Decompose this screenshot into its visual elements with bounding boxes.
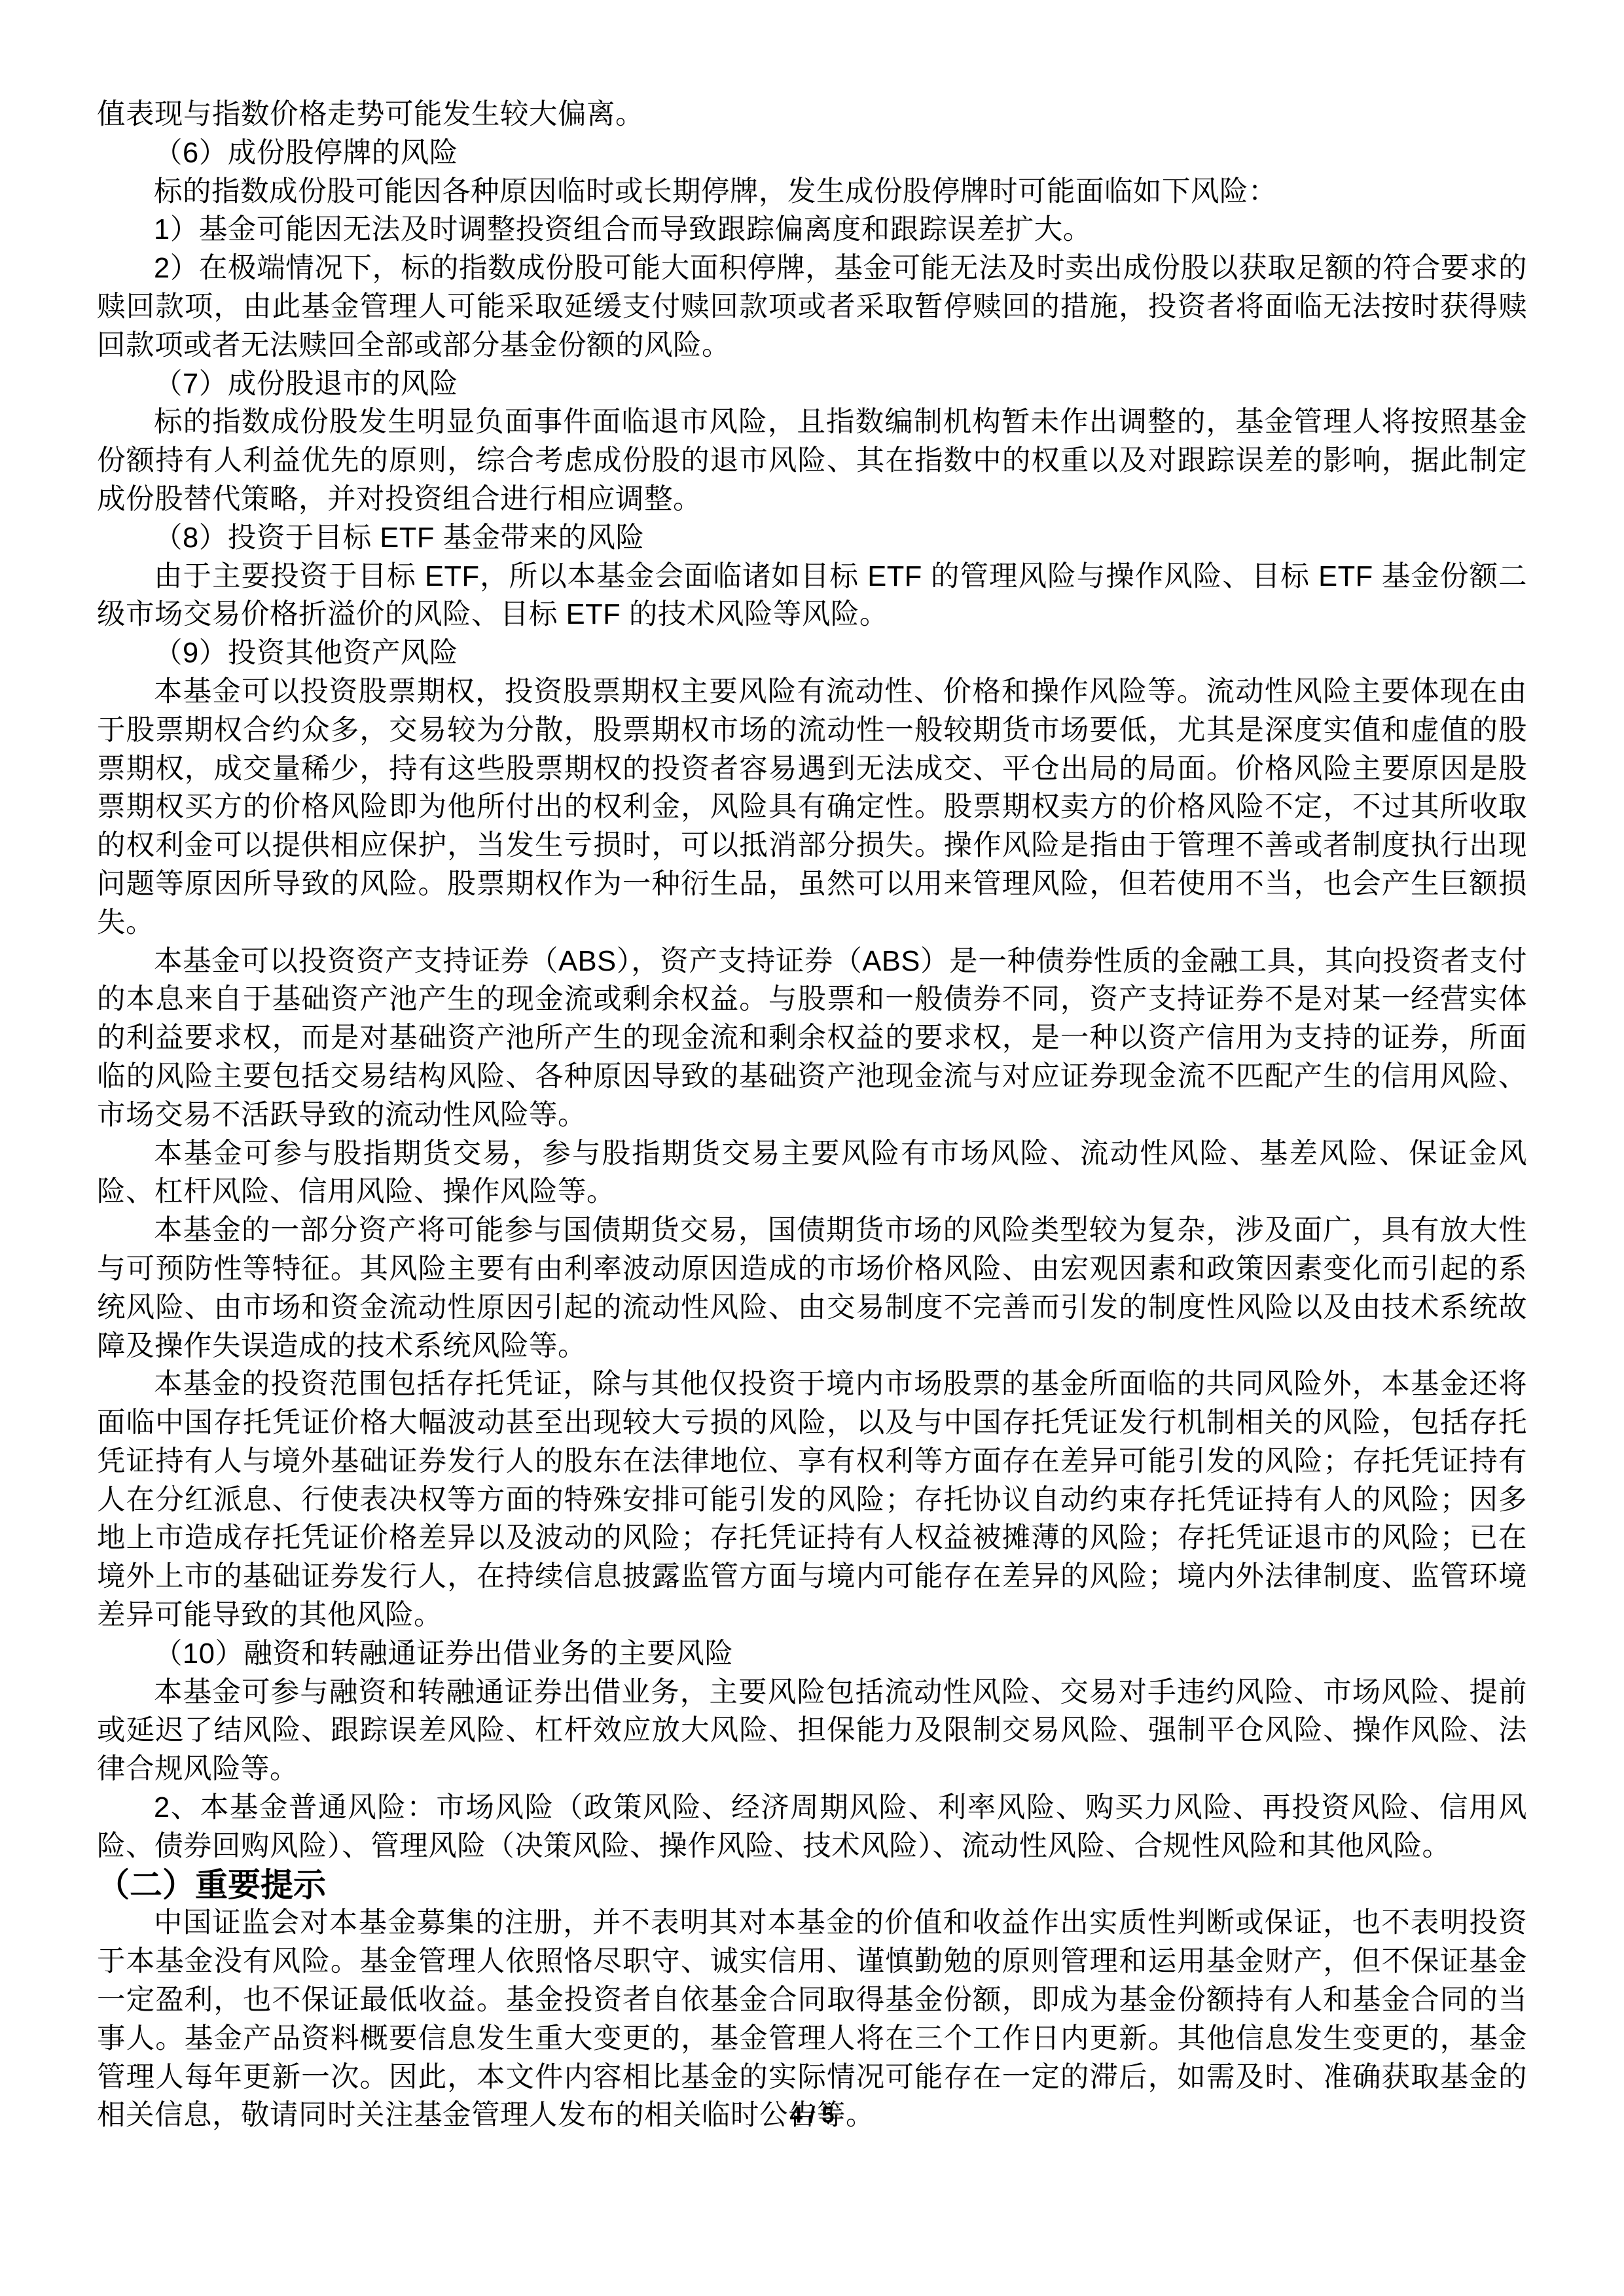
paragraph: （7）成份股退市的风险 (97, 365, 1527, 404)
paragraph: 本基金的一部分资产将可能参与国债期货交易，国债期货市场的风险类型较为复杂，涉及面… (97, 1211, 1527, 1365)
paragraph: 本基金可以投资资产支持证券（ABS），资产支持证券（ABS）是一种债券性质的金融… (97, 942, 1527, 1135)
paragraph: 由于主要投资于目标 ETF，所以本基金会面临诸如目标 ETF 的管理风险与操作风… (97, 558, 1527, 635)
document-body: 值表现与指数价格走势可能发生较大偏离。（6）成份股停牌的风险标的指数成份股可能因… (97, 96, 1527, 2135)
paragraph: （6）成份股停牌的风险 (97, 134, 1527, 173)
paragraph: 标的指数成份股发生明显负面事件面临退市风险，且指数编制机构暂未作出调整的，基金管… (97, 403, 1527, 518)
paragraph: 本基金可参与股指期货交易，参与股指期货交易主要风险有市场风险、流动性风险、基差风… (97, 1135, 1527, 1212)
paragraph: 值表现与指数价格走势可能发生较大偏离。 (97, 96, 1527, 134)
paragraph: 1）基金可能因无法及时调整投资组合而导致跟踪偏离度和跟踪误差扩大。 (97, 211, 1527, 249)
paragraph: 本基金可以投资股票期权，投资股票期权主要风险有流动性、价格和操作风险等。流动性风… (97, 673, 1527, 942)
page-footer: 4 / 5 (0, 2100, 1624, 2131)
document-page: 值表现与指数价格走势可能发生较大偏离。（6）成份股停牌的风险标的指数成份股可能因… (0, 0, 1624, 2296)
paragraph: 本基金可参与融资和转融通证券出借业务，主要风险包括流动性风险、交易对手违约风险、… (97, 1674, 1527, 1789)
paragraph: 标的指数成份股可能因各种原因临时或长期停牌，发生成份股停牌时可能面临如下风险： (97, 173, 1527, 211)
paragraph: （9）投资其他资产风险 (97, 634, 1527, 673)
page-number: 4 / 5 (789, 2102, 834, 2128)
paragraph: （10）融资和转融通证券出借业务的主要风险 (97, 1635, 1527, 1674)
paragraph: 2、本基金普通风险：市场风险（政策风险、经济周期风险、利率风险、购买力风险、再投… (97, 1789, 1527, 1866)
paragraph: 2）在极端情况下，标的指数成份股可能大面积停牌，基金可能无法及时卖出成份股以获取… (97, 249, 1527, 365)
paragraph: （8）投资于目标 ETF 基金带来的风险 (97, 519, 1527, 558)
section-heading: （二）重要提示 (97, 1866, 1527, 1905)
paragraph: 本基金的投资范围包括存托凭证，除与其他仅投资于境内市场股票的基金所面临的共同风险… (97, 1365, 1527, 1635)
